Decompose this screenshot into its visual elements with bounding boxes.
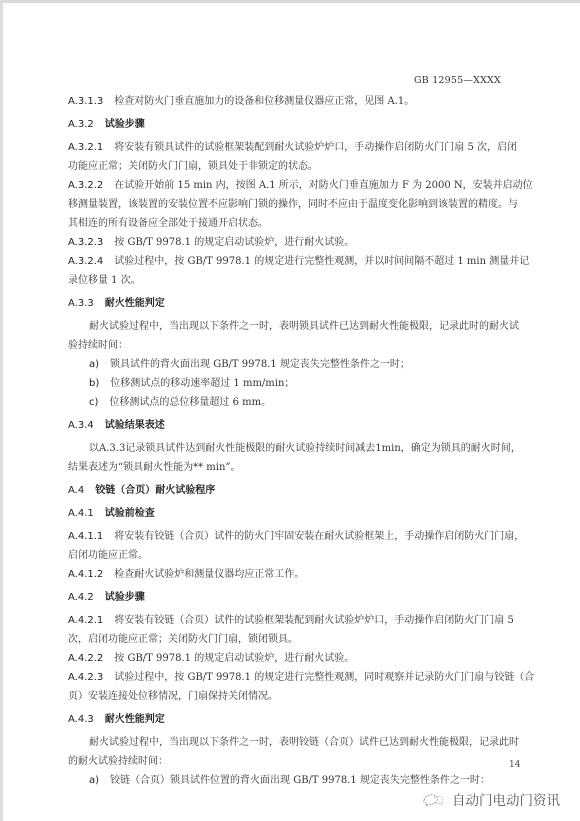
section-heading: A.3.4试验结果表述	[68, 419, 518, 432]
line-text: 启闭功能应正常。	[68, 550, 148, 561]
text-line: 功能应正常；关闭防火门门扇，锁具处于非锁定的状态。	[68, 160, 518, 173]
list-item: a)锁具试件的背火面出现 GB/T 9978.1 规定丧失完整性条件之一时；	[89, 358, 539, 371]
watermark-text: 自动门电动门资讯	[452, 789, 560, 809]
line-text: 耐火性能判定	[105, 298, 165, 309]
text-line: 的耐火试验持续时间：	[68, 755, 518, 768]
line-text: 试验结果表述	[105, 420, 165, 431]
line-text: 以A.3.3记录锁具试件达到耐火性能极限的耐火试验持续时间减去1min，确定为锁…	[89, 443, 521, 454]
clause-number: A.3.2.1	[68, 142, 103, 153]
list-item: c)位移测试点的总位移量超过 6 mm。	[89, 396, 539, 409]
line-text: 位移测试点的总位移量超过 6 mm。	[109, 397, 271, 408]
section-heading: A.4.3耐火性能判定	[68, 713, 518, 726]
line-text: 功能应正常；关闭防火门门扇，锁具处于非锁定的状态。	[68, 161, 318, 172]
line-text: 的耐火试验持续时间：	[68, 756, 168, 767]
text-line: 其相连的所有设备应全部处于接通开启状态。	[68, 217, 518, 230]
watermark: 自动门电动门资讯	[422, 789, 560, 809]
line-text: 将安装有锁具试件的试验框架装配到耐火试验炉炉口，手动操作启闭防火门门扇 5 次，…	[114, 142, 517, 153]
clause-number: A.3.1.3	[68, 96, 103, 107]
clause-number: A.3.3	[68, 298, 94, 309]
line-text: 页）安装连接处位移情况，门扇保持关闭情况。	[68, 691, 278, 702]
line-text: 耐火试验过程中，当出现以下条件之一时，表明锁具试件已达到耐火性能极限，记录此时的…	[89, 321, 519, 332]
line-text: 录位移量 1 次。	[68, 275, 141, 286]
text-line: A.3.1.3检查对防火门垂直施加力的设备和位移测量仪器应正常，见图 A.1。	[68, 95, 518, 108]
section-heading: A.4.1试验前检查	[68, 507, 518, 520]
clause-number: A.4	[68, 485, 84, 496]
text-line: 启闭功能应正常。	[68, 549, 518, 562]
clause-number: A.4.3	[68, 714, 94, 725]
text-line: 验持续时间：	[68, 339, 518, 352]
clause-number: A.3.4	[68, 420, 94, 431]
line-text: 移测量装置，该装置的安装位置不应影响门锁的操作，同时不应由于温度变化影响到该装置…	[68, 199, 518, 210]
page-number: 14	[509, 760, 520, 770]
text-line: A.4.1.2检查耐火试验炉和测量仪器均应正常工作。	[68, 568, 518, 581]
text-line: 耐火试验过程中，当出现以下条件之一时，表明锁具试件已达到耐火性能极限，记录此时的…	[89, 320, 539, 333]
line-text: 检查对防火门垂直施加力的设备和位移测量仪器应正常，见图 A.1。	[114, 96, 414, 107]
line-text: 耐火试验过程中，当出现以下条件之一时，表明铰链（合页）试件已达到耐火性能极限，记…	[89, 737, 519, 748]
clause-number: A.3.2.2	[68, 180, 103, 191]
clause-number: A.4.2.1	[68, 615, 103, 626]
clause-number: A.3.2.3	[68, 237, 103, 248]
clause-number: a)	[89, 359, 99, 370]
line-text: 按 GB/T 9978.1 的规定启动试验炉，进行耐火试验。	[114, 653, 354, 664]
line-text: 在试验开始前 15 min 内，按图 A.1 所示，对防火门垂直施加力 F 为 …	[114, 180, 532, 191]
line-text: 锁具试件的背火面出现 GB/T 9978.1 规定丧失完整性条件之一时；	[110, 359, 410, 370]
text-line: A.3.2.3按 GB/T 9978.1 的规定启动试验炉，进行耐火试验。	[68, 236, 518, 249]
document-page: GB 12955—XXXX A.3.1.3检查对防火门垂直施加力的设备和位移测量…	[3, 3, 580, 821]
line-text: 铰链（合页）锁具试件位置的背火面出现 GB/T 9978.1 规定丧失完整性条件…	[110, 775, 490, 786]
text-line: 录位移量 1 次。	[68, 274, 518, 287]
section-heading: A.4.2试验步骤	[68, 591, 518, 604]
text-line: 结果表述为“锁具耐火性能为** min”。	[68, 461, 518, 474]
line-text: 其相连的所有设备应全部处于接通开启状态。	[68, 218, 268, 229]
text-line: A.4.2.1将安装有铰链（合页）试件的试验框架装配到耐火试验炉炉口，手动操作启…	[68, 614, 518, 627]
text-line: A.3.2.4试验过程中，按 GB/T 9978.1 的规定进行完整性观测，并以…	[68, 255, 518, 268]
wechat-icon	[422, 791, 444, 807]
line-text: 试验过程中，按 GB/T 9978.1 的规定进行完整性观测，同时观察并记录防火…	[114, 672, 534, 683]
section-heading: A.4铰链（合页）耐火试验程序	[68, 484, 518, 497]
text-line: A.4.2.2按 GB/T 9978.1 的规定启动试验炉，进行耐火试验。	[68, 652, 518, 665]
text-line: A.3.2.2在试验开始前 15 min 内，按图 A.1 所示，对防火门垂直施…	[68, 179, 518, 192]
line-text: 试验步骤	[105, 592, 145, 603]
section-heading: A.3.3耐火性能判定	[68, 297, 518, 310]
clause-number: c)	[89, 397, 98, 408]
clause-number: A.4.2	[68, 592, 94, 603]
list-item: b)位移测试点的移动速率超过 1 mm/min；	[89, 377, 539, 390]
text-line: A.3.2.1将安装有锁具试件的试验框架装配到耐火试验炉炉口，手动操作启闭防火门…	[68, 141, 518, 154]
clause-number: A.4.1.1	[68, 531, 103, 542]
line-text: 将安装有铰链（合页）试件的防火门牢固安装在耐火试验框架上，手动操作启闭防火门门扇…	[114, 531, 524, 542]
document-code: GB 12955—XXXX	[414, 75, 501, 86]
clause-number: A.4.2.2	[68, 653, 103, 664]
line-text: 试验步骤	[105, 119, 145, 130]
text-line: 耐火试验过程中，当出现以下条件之一时，表明铰链（合页）试件已达到耐火性能极限，记…	[89, 736, 539, 749]
clause-number: A.3.2.4	[68, 256, 103, 267]
line-text: 检查耐火试验炉和测量仪器均应正常工作。	[114, 569, 304, 580]
line-text: 按 GB/T 9978.1 的规定启动试验炉，进行耐火试验。	[114, 237, 354, 248]
text-line: A.4.2.3试验过程中，按 GB/T 9978.1 的规定进行完整性观测，同时…	[68, 671, 518, 684]
line-text: 耐火性能判定	[105, 714, 165, 725]
list-item: a)铰链（合页）锁具试件位置的背火面出现 GB/T 9978.1 规定丧失完整性…	[89, 774, 539, 787]
text-line: 次，启闭功能应正常；关闭防火门门扇，锁闭锁具。	[68, 633, 518, 646]
line-text: 位移测试点的移动速率超过 1 mm/min；	[110, 378, 294, 389]
clause-number: A.4.1.2	[68, 569, 103, 580]
text-line: 页）安装连接处位移情况，门扇保持关闭情况。	[68, 690, 518, 703]
line-text: 结果表述为“锁具耐火性能为** min”。	[68, 462, 241, 473]
text-line: A.4.1.1将安装有铰链（合页）试件的防火门牢固安装在耐火试验框架上，手动操作…	[68, 530, 518, 543]
line-text: 将安装有铰链（合页）试件的试验框架装配到耐火试验炉炉口，手动操作启闭防火门门扇 …	[114, 615, 514, 626]
clause-number: A.4.2.3	[68, 672, 103, 683]
section-heading: A.3.2试验步骤	[68, 118, 518, 131]
line-text: 铰链（合页）耐火试验程序	[95, 485, 215, 496]
text-line: 移测量装置，该装置的安装位置不应影响门锁的操作，同时不应由于温度变化影响到该装置…	[68, 198, 518, 211]
clause-number: a)	[89, 775, 99, 786]
clause-number: A.4.1	[68, 508, 94, 519]
line-text: 验持续时间：	[68, 340, 128, 351]
line-text: 试验前检查	[105, 508, 155, 519]
text-line: 以A.3.3记录锁具试件达到耐火性能极限的耐火试验持续时间减去1min，确定为锁…	[89, 442, 539, 455]
line-text: 次，启闭功能应正常；关闭防火门门扇，锁闭锁具。	[68, 634, 298, 645]
line-text: 试验过程中，按 GB/T 9978.1 的规定进行完整性观测，并以时间间隔不超过…	[114, 256, 529, 267]
clause-number: b)	[89, 378, 99, 389]
clause-number: A.3.2	[68, 119, 94, 130]
